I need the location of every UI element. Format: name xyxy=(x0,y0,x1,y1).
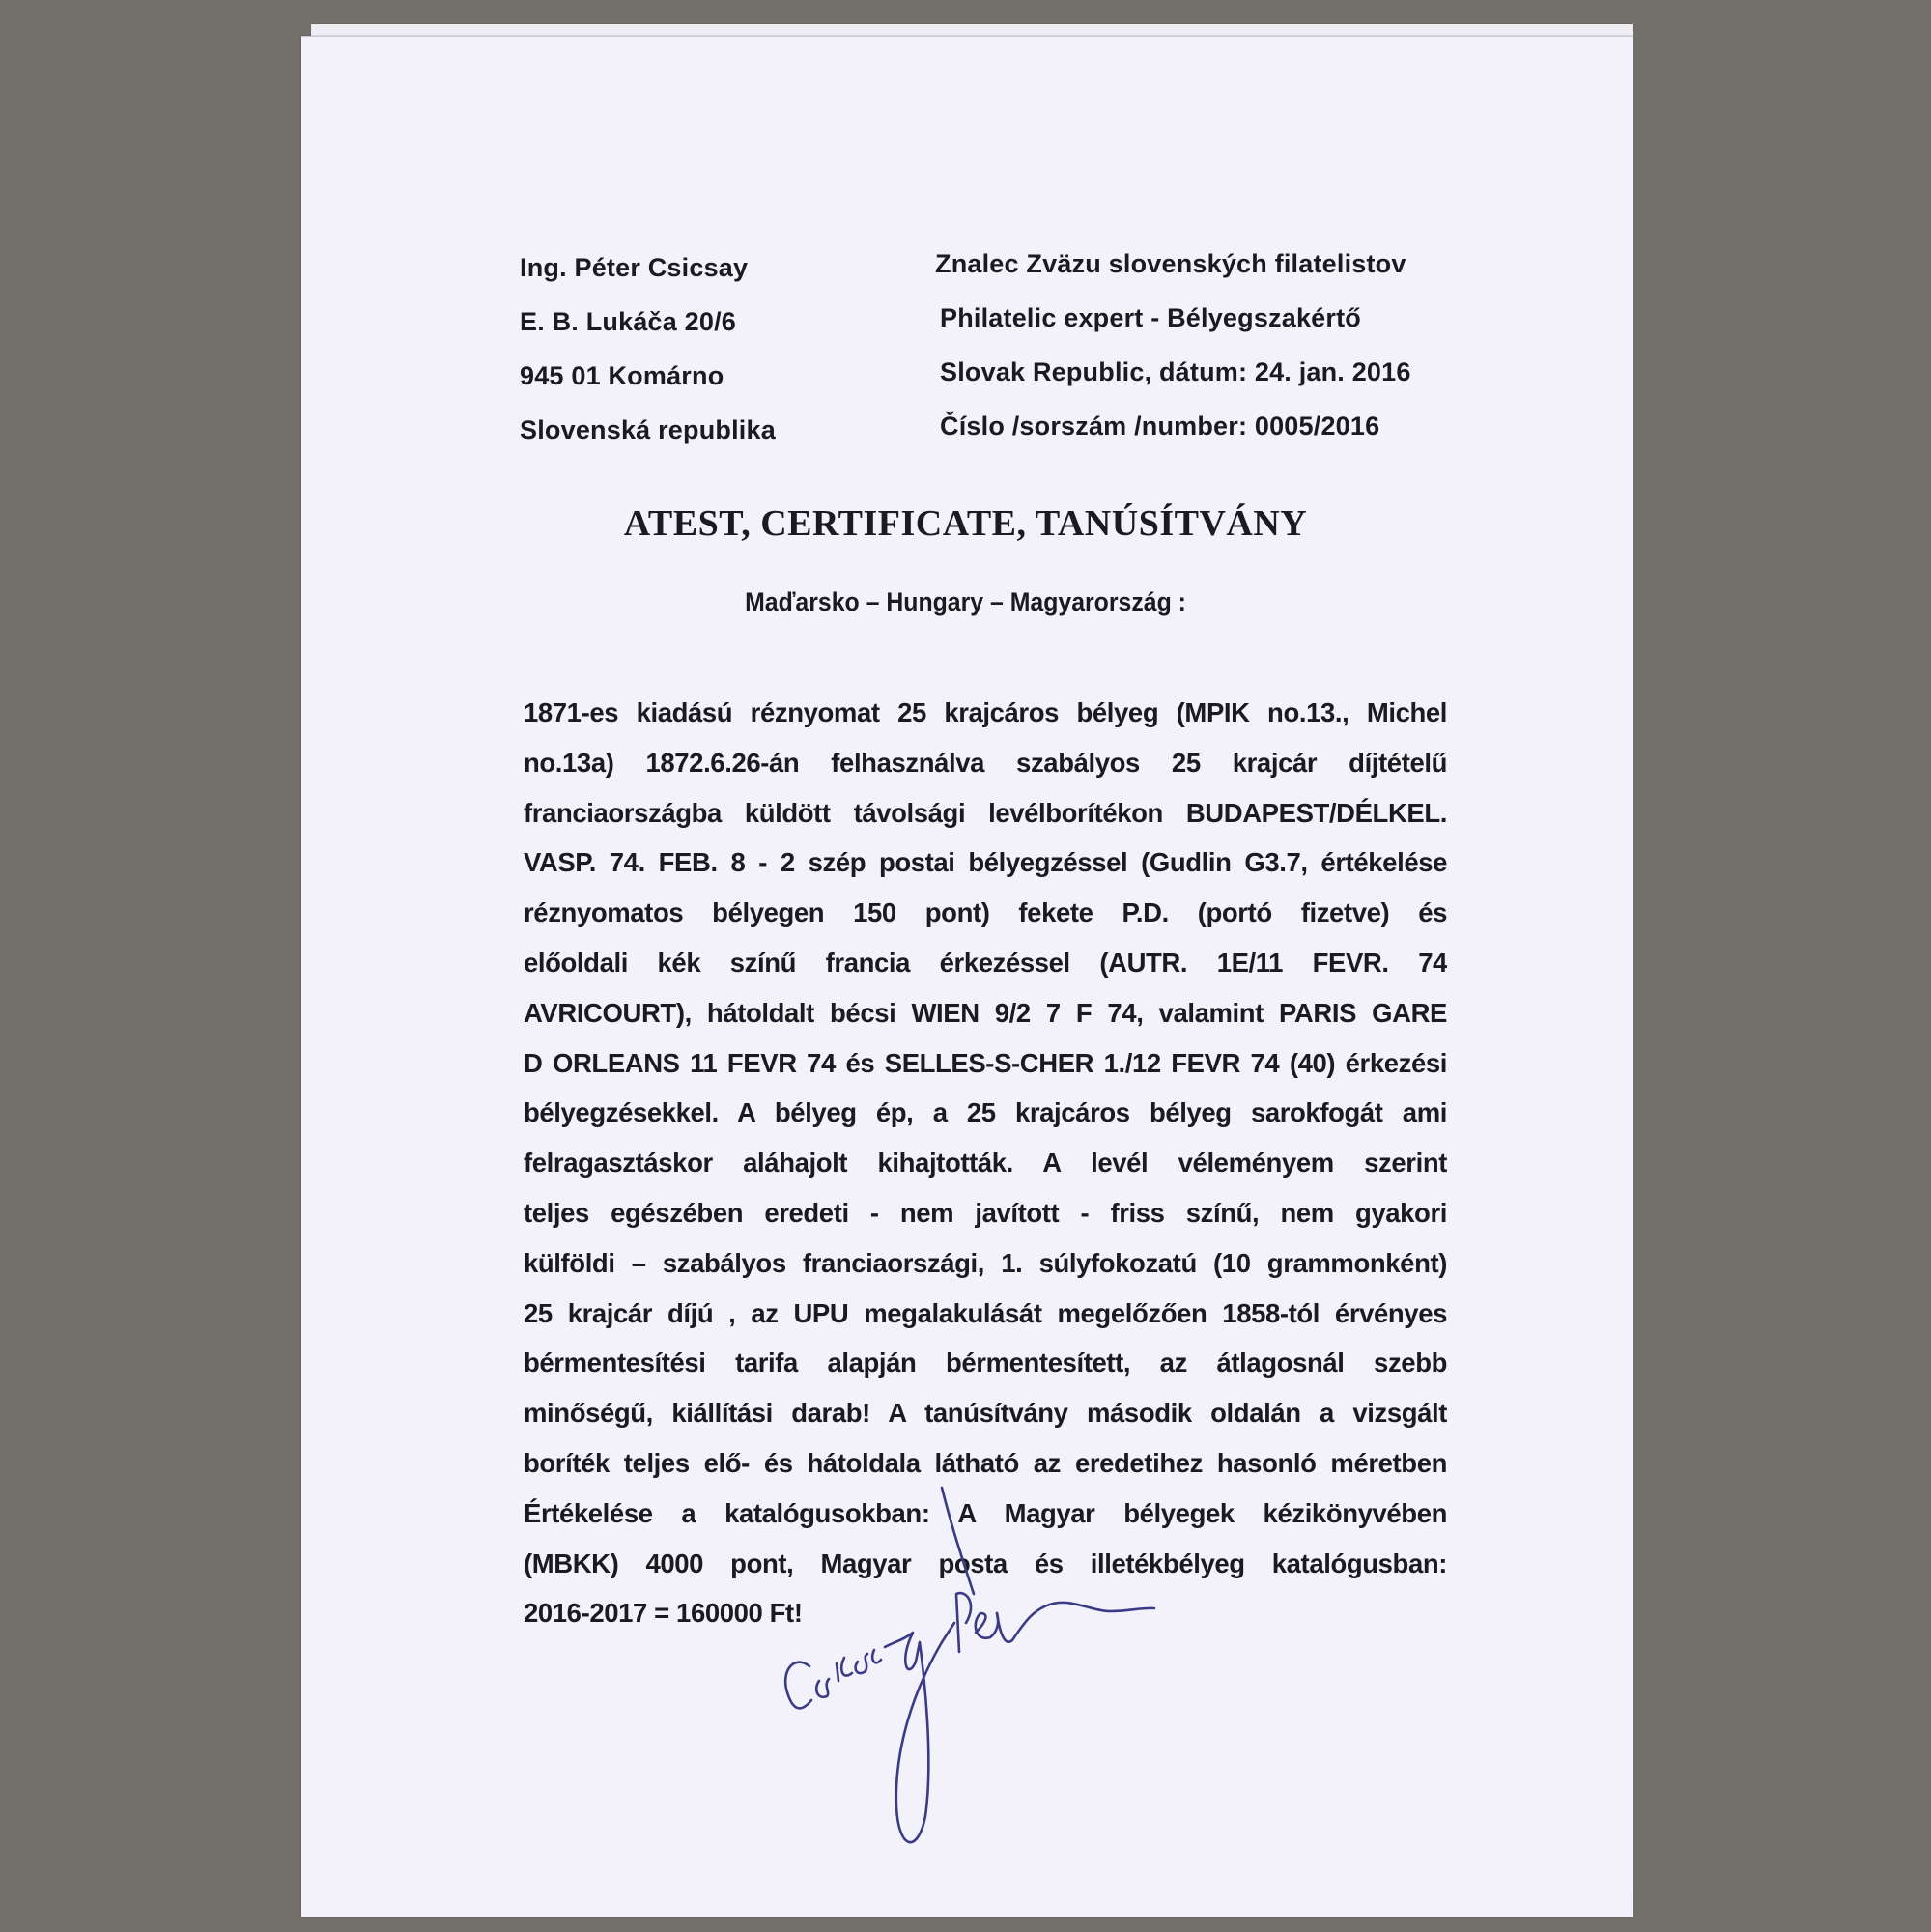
body-line: D ORLEANS 11 FEVR 74 és SELLES-S-CHER 1.… xyxy=(524,1038,1447,1089)
certificate-body: 1871-es kiadású réznyomat 25 krajcáros b… xyxy=(524,688,1447,1638)
body-line: bérmentesítési tarifa alapján bérmentesí… xyxy=(524,1338,1447,1388)
body-line: minőségű, kiállítási darab! A tanúsítván… xyxy=(524,1388,1447,1438)
expert-title: Philatelic expert - Bélyegszakértő xyxy=(940,303,1361,333)
body-line: felragasztáskor aláhajolt kihajtották. A… xyxy=(524,1138,1447,1188)
body-line: bélyegzésekkel. A bélyeg ép, a 25 krajcá… xyxy=(524,1088,1447,1138)
document-subtitle: Maďarsko – Hungary – Magyarország : xyxy=(77,587,1854,617)
document-title: ATEST, CERTIFICATE, TANÚSÍTVÁNY xyxy=(0,502,1931,545)
expert-affiliation: Znalec Zväzu slovenských filatelistov xyxy=(935,249,1406,279)
body-line: külföldi – szabályos franciaországi, 1. … xyxy=(524,1238,1447,1289)
certificate-number: Číslo /sorszám /number: 0005/2016 xyxy=(940,412,1379,441)
body-line: 1871-es kiadású réznyomat 25 krajcáros b… xyxy=(524,688,1447,738)
body-line: boríték teljes elő- és hátoldala látható… xyxy=(524,1438,1447,1489)
body-line: Értékelése a katalógusokban: A Magyar bé… xyxy=(524,1489,1447,1539)
sender-name: Ing. Péter Csicsay xyxy=(520,253,748,283)
body-line: 2016-2017 = 160000 Ft! xyxy=(524,1588,1447,1638)
body-line: 25 krajcár díjú , az UPU megalakulását m… xyxy=(524,1289,1447,1339)
body-line: előoldali kék színű francia érkezéssel (… xyxy=(524,938,1447,988)
sender-city: 945 01 Komárno xyxy=(520,361,724,391)
body-line: VASP. 74. FEB. 8 - 2 szép postai bélyegz… xyxy=(524,838,1447,888)
sender-street: E. B. Lukáča 20/6 xyxy=(520,307,736,337)
body-line: no.13a) 1872.6.26-án felhasználva szabál… xyxy=(524,738,1447,788)
body-line: teljes egészében eredeti - nem javított … xyxy=(524,1188,1447,1238)
body-line: franciaországba küldött távolsági levélb… xyxy=(524,788,1447,838)
sender-country: Slovenská republika xyxy=(520,415,776,445)
body-line: (MBKK) 4000 pont, Magyar posta és illeté… xyxy=(524,1539,1447,1589)
certificate-date: Slovak Republic, dátum: 24. jan. 2016 xyxy=(940,357,1411,387)
body-line: réznyomatos bélyegen 150 pont) fekete P.… xyxy=(524,888,1447,938)
body-line: AVRICOURT), hátoldalt bécsi WIEN 9/2 7 F… xyxy=(524,988,1447,1038)
